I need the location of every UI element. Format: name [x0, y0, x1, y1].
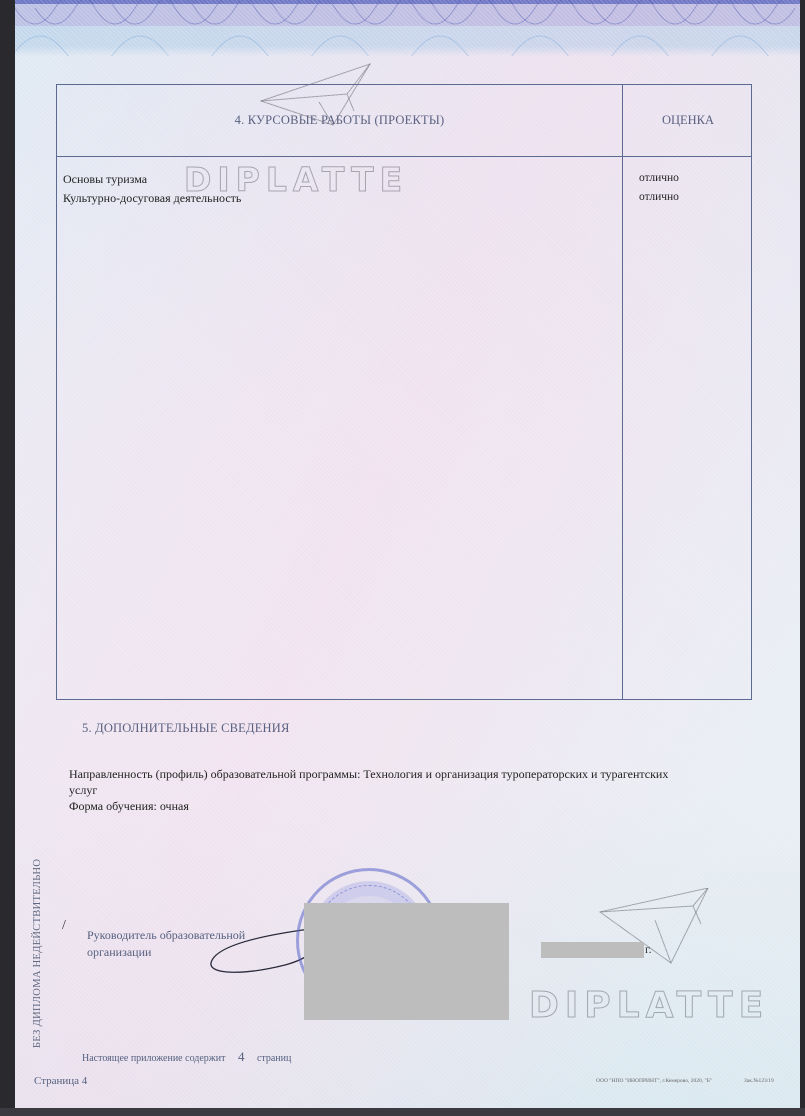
program-profile: Направленность (профиль) образовательной…	[69, 767, 668, 782]
page-count-statement: Настоящее приложение содержит 4 страниц	[82, 1049, 291, 1065]
redacted-signature-block	[304, 903, 509, 1020]
study-form: Форма обучения: очная	[69, 799, 189, 814]
page-count-value: 4	[238, 1049, 245, 1064]
validity-side-note: БЕЗ ДИПЛОМА НЕДЕЙСТВИТЕЛЬНО	[32, 859, 43, 1048]
page-count-prefix: Настоящее приложение содержит	[82, 1053, 225, 1064]
page-shadow	[0, 1108, 805, 1116]
paper-plane-icon	[593, 888, 723, 973]
year-suffix: г.	[645, 942, 652, 957]
coursework-section-title: 4. КУРСОВЫЕ РАБОТЫ (ПРОЕКТЫ)	[57, 113, 622, 128]
coursework-grade: отлично	[639, 172, 679, 184]
table-row: Основы туризма отлично	[57, 172, 751, 192]
printer-imprint: ООО "НПО "ИНОПРИНТ", г.Кемерово, 2020, "…	[596, 1078, 712, 1084]
additional-info-title: 5. ДОПОЛНИТЕЛЬНЫЕ СВЕДЕНИЯ	[82, 721, 290, 736]
watermark-text: DIPLATTE	[529, 985, 769, 1026]
coursework-table: 4. КУРСОВЫЕ РАБОТЫ (ПРОЕКТЫ) ОЦЕНКА Осно…	[56, 84, 752, 700]
guilloche-border	[15, 0, 800, 56]
page-number: Страница 4	[34, 1075, 87, 1087]
signature-mark: /	[62, 918, 66, 934]
coursework-grade: отлично	[639, 191, 679, 203]
redacted-date	[541, 942, 644, 958]
program-profile-continued: услуг	[69, 783, 97, 798]
coursework-subject: Культурно-досуговая деятельность	[63, 191, 241, 206]
page-count-suffix: страниц	[257, 1053, 291, 1064]
table-row: Культурно-досуговая деятельность отлично	[57, 191, 751, 211]
header-divider	[57, 156, 751, 157]
grade-column-header: ОЦЕНКА	[623, 113, 753, 128]
order-number: Зак.№123/19	[744, 1078, 774, 1084]
coursework-subject: Основы туризма	[63, 172, 147, 187]
